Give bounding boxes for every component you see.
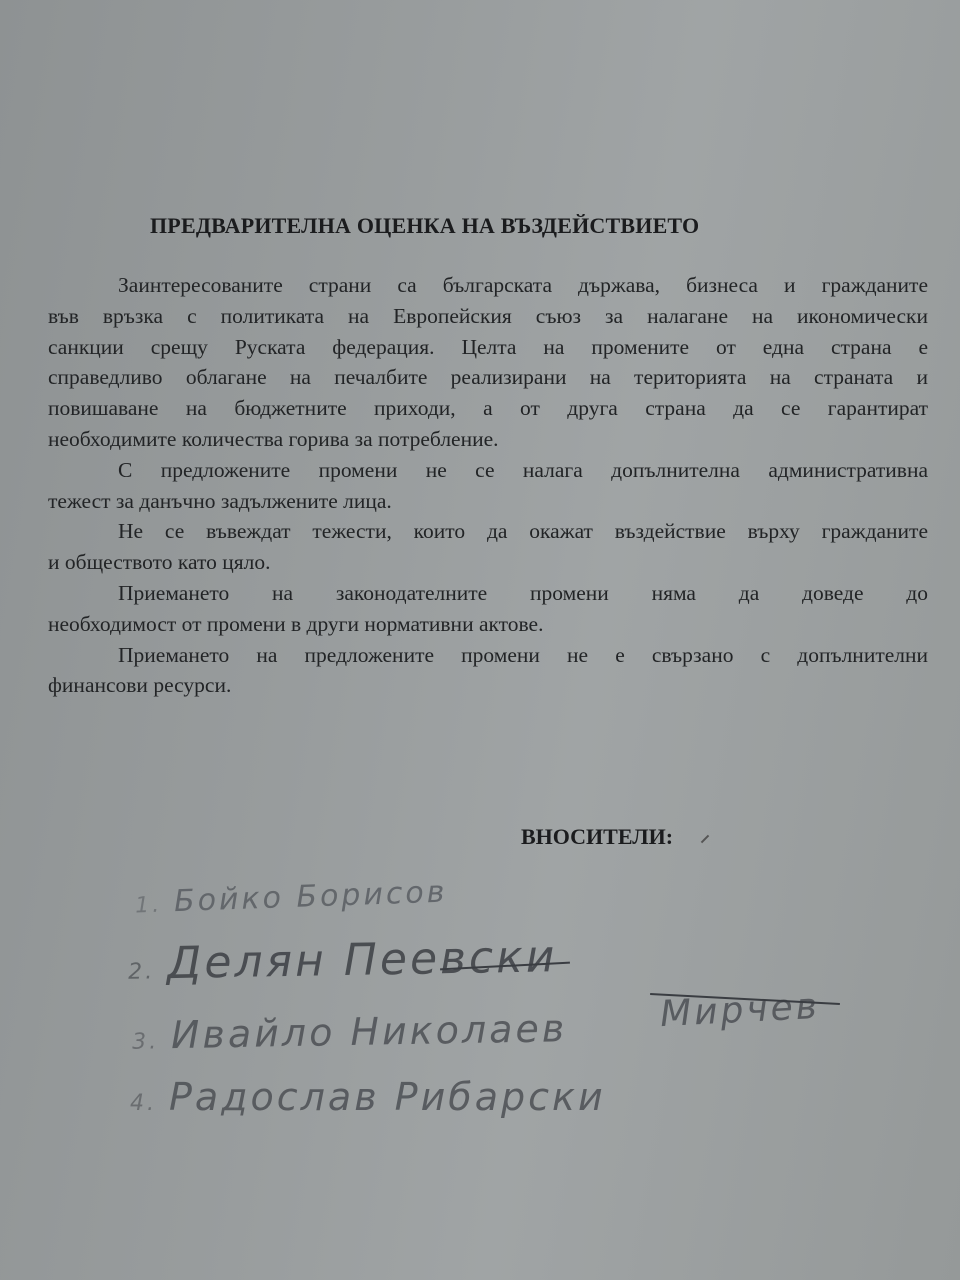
text-line: справедливо облагане на печалбите реализ… [0, 362, 928, 393]
text-line: Заинтересованите страни са българската д… [48, 270, 928, 301]
text-line: повишаване на бюджетните приходи, а от д… [0, 393, 928, 424]
signature-4: 4.Радослав Рибарски [130, 1075, 606, 1119]
signature-name: Делян Пеевски [167, 931, 558, 989]
signature-name: Бойко Борисов [173, 875, 448, 920]
text-line: финансови ресурси. [0, 670, 928, 701]
pen-mark [701, 835, 709, 843]
paragraph-citizen-impact: Не се въвеждат тежести, които да окажат … [48, 516, 928, 578]
text-line: и обществото като цяло. [0, 547, 928, 578]
signature-1: 1.Бойко Борисов [134, 875, 447, 921]
text-line: необходимите количества горива за потреб… [0, 424, 928, 455]
text-line: необходимост от промени в други норматив… [0, 609, 928, 640]
signature-number: 4. [130, 1091, 157, 1116]
signature-number: 2. [128, 959, 155, 984]
signature-name: Радослав Рибарски [169, 1075, 606, 1119]
paragraph-other-acts: Приемането на законодателните промени ня… [48, 578, 928, 640]
signers-heading: ВНОСИТЕЛИ: [521, 824, 673, 850]
signature-name: Ивайло Николаев [171, 1006, 568, 1057]
paragraph-financial-resources: Приемането на предложените промени не е … [48, 640, 928, 702]
text-line: Приемането на законодателните промени ня… [48, 578, 928, 609]
document-title: ПРЕДВАРИТЕЛНА ОЦЕНКА НА ВЪЗДЕЙСТВИЕТО [150, 213, 810, 239]
signature-annotation: Мирчев [659, 986, 821, 1035]
signature-2: 2.Делян Пеевски [128, 931, 558, 989]
signature-3: 3.Ивайло Николаев [132, 1006, 568, 1058]
document-body: Заинтересованите страни са българската д… [48, 270, 928, 701]
text-line: С предложените промени не се налага допъ… [48, 455, 928, 486]
text-line: Не се въвеждат тежести, които да окажат … [48, 516, 928, 547]
text-line: Приемането на предложените промени не е … [48, 640, 928, 671]
text-line: санкции срещу Руската федерация. Целта н… [0, 332, 928, 363]
paragraph-admin-burden: С предложените промени не се налага допъ… [48, 455, 928, 517]
signature-number: 3. [132, 1029, 159, 1054]
paragraph-stakeholders: Заинтересованите страни са българската д… [48, 270, 928, 455]
document-page: ПРЕДВАРИТЕЛНА ОЦЕНКА НА ВЪЗДЕЙСТВИЕТО За… [0, 0, 960, 1280]
text-line: във връзка с политиката на Европейския с… [0, 301, 928, 332]
signature-number: 1. [135, 893, 163, 919]
text-line: тежест за данъчно задължените лица. [0, 486, 928, 517]
